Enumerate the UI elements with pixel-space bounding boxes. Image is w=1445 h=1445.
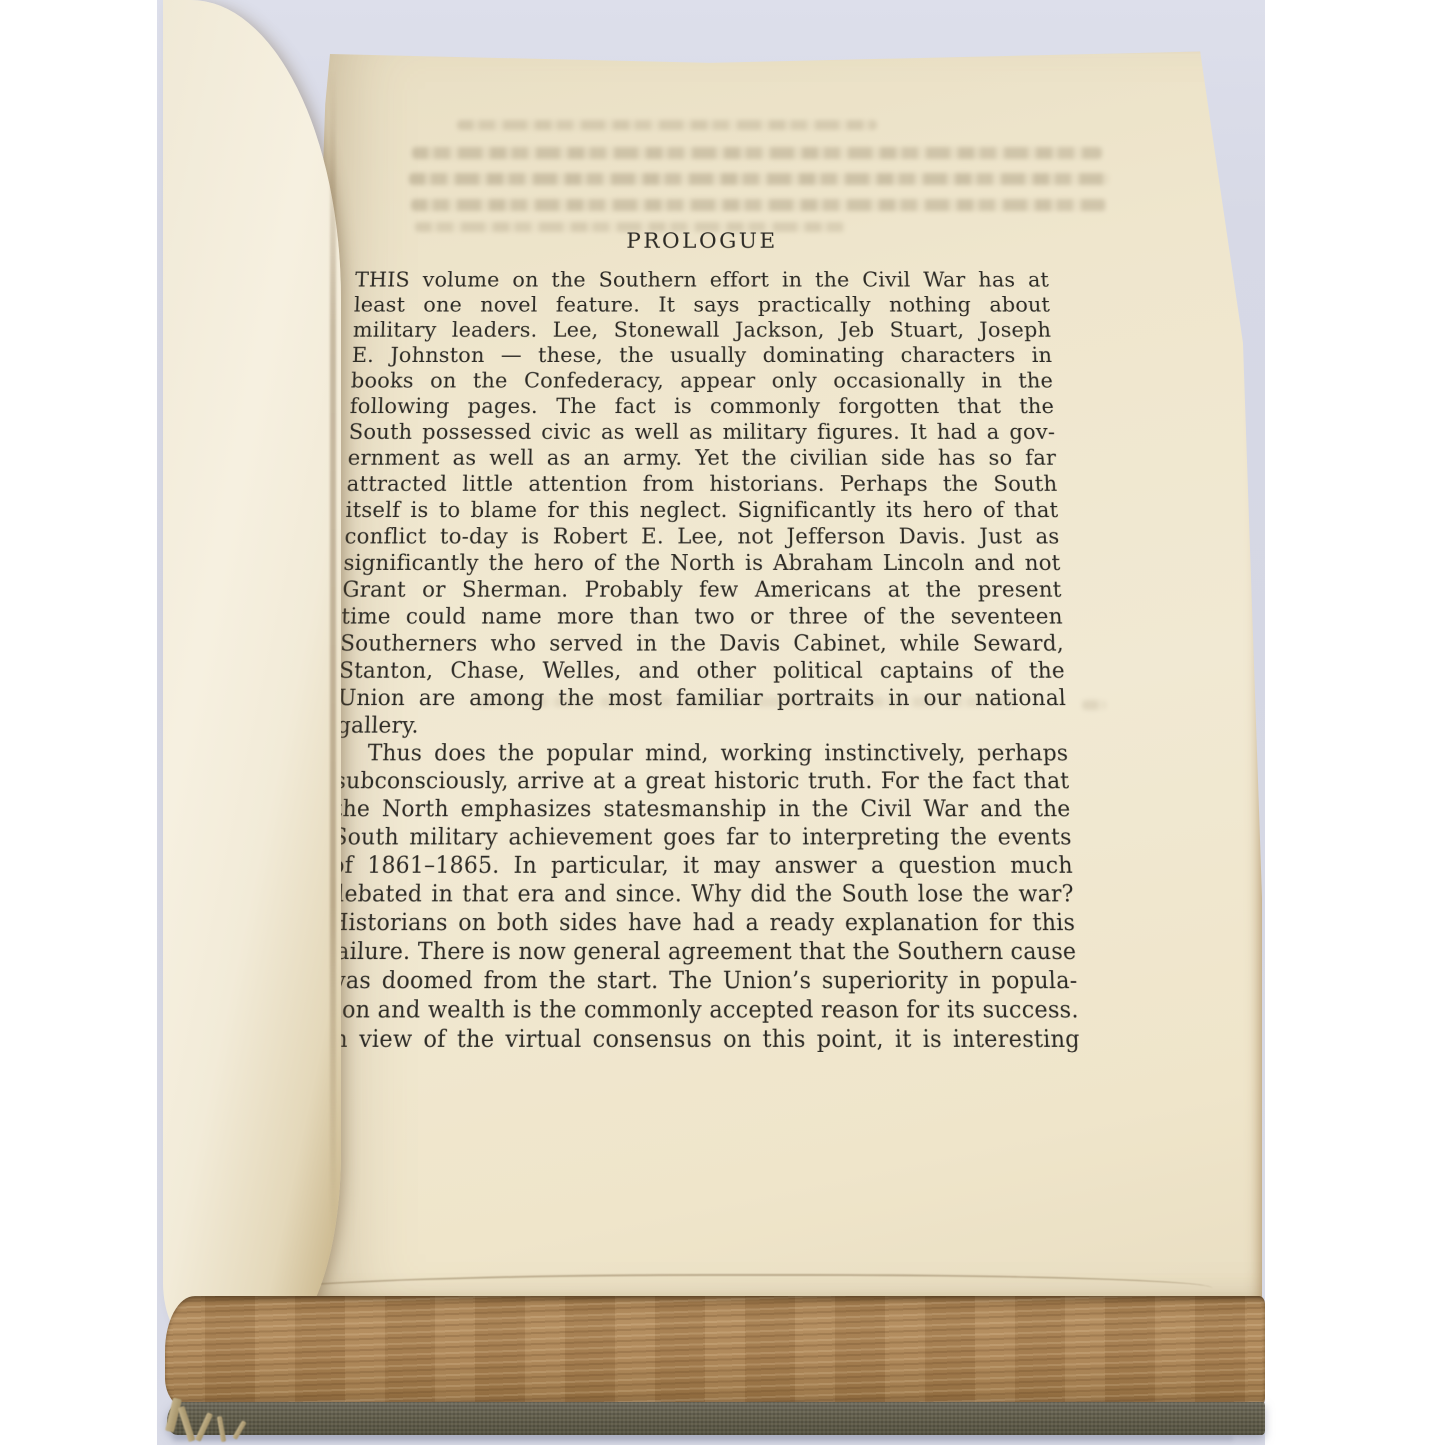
tanned-page-block-edge [165,1296,1265,1408]
ghost-text-line [412,147,1102,159]
text-line: South military achievement goes far to i… [332,822,1072,850]
paragraph: THIS volume on the Southern effort in th… [336,267,1067,739]
text-line: Southerners who served in the Davis Cabi… [340,629,1065,656]
text-line: tion and wealth is the commonly accepted… [325,995,1079,1024]
text-line: gallery. [336,711,1067,739]
ghost-header-showthrough [457,120,877,130]
text-line: E. Johnston — these, the usually dominat… [351,342,1052,367]
paragraph: Thus does the popular mind, working inst… [324,739,1081,1054]
gutter-fold-shadow [330,70,336,1232]
book-photo: PROLOGUE THIS volume on the Southern eff… [157,0,1265,1445]
text-line: debated in that era and since. Why did t… [330,879,1075,908]
text-line: Thus does the popular mind, working inst… [335,739,1068,767]
page-title: PROLOGUE [356,231,1048,252]
ghost-text-line [411,199,1106,211]
text-line: was doomed from the start. The Union’s s… [326,965,1078,994]
text-line: attracted little attention from historia… [346,470,1058,496]
cover-drop-shadow [173,1436,1233,1443]
text-line: least one novel feature. It says practic… [354,292,1051,317]
text-line: time could name more than two or three o… [341,603,1063,630]
text-line: Grant or Sherman. Probably few Americans… [342,576,1062,603]
text-line: subconsciously, arrive at a great histor… [334,766,1070,794]
text-line: itself is to blame for this neglect. Sig… [345,497,1059,523]
cloth-book-cover [167,1402,1265,1435]
ghost-page-number [1082,700,1106,710]
text-line: significantly the hero of the North is A… [343,549,1061,576]
text-line: In view of the virtual consensus on this… [324,1024,1081,1054]
text-line: Historians on both sides have had a read… [328,908,1075,937]
text-line: of 1861–1865. In particular, it may answ… [331,851,1074,879]
page-text: PROLOGUE THIS volume on the Southern eff… [324,231,1081,1053]
text-line: THIS volume on the Southern effort in th… [355,267,1050,292]
text-line: failure. There is now general agreement … [327,936,1077,965]
raised-flyleaf-page [163,0,341,1342]
text-line: South possessed civic as well as militar… [348,419,1055,445]
text-line: ernment as well as an army. Yet the civi… [347,445,1056,471]
text-line: Union are among the most familiar portra… [338,684,1067,711]
text-line: following pages. The fact is commonly fo… [349,393,1054,419]
text-line: books on the Confederacy, appear only oc… [350,368,1053,393]
paragraphs: THIS volume on the Southern effort in th… [324,267,1081,1053]
text-line: the North emphasizes statesmanship in th… [333,794,1071,822]
text-line: Stanton, Chase, Welles, and other politi… [339,657,1066,684]
text-line: conflict to-day is Robert E. Lee, not Je… [344,523,1060,549]
text-line: military leaders. Lee, Stonewall Jackson… [352,317,1051,342]
ghost-text-line [409,173,1109,185]
